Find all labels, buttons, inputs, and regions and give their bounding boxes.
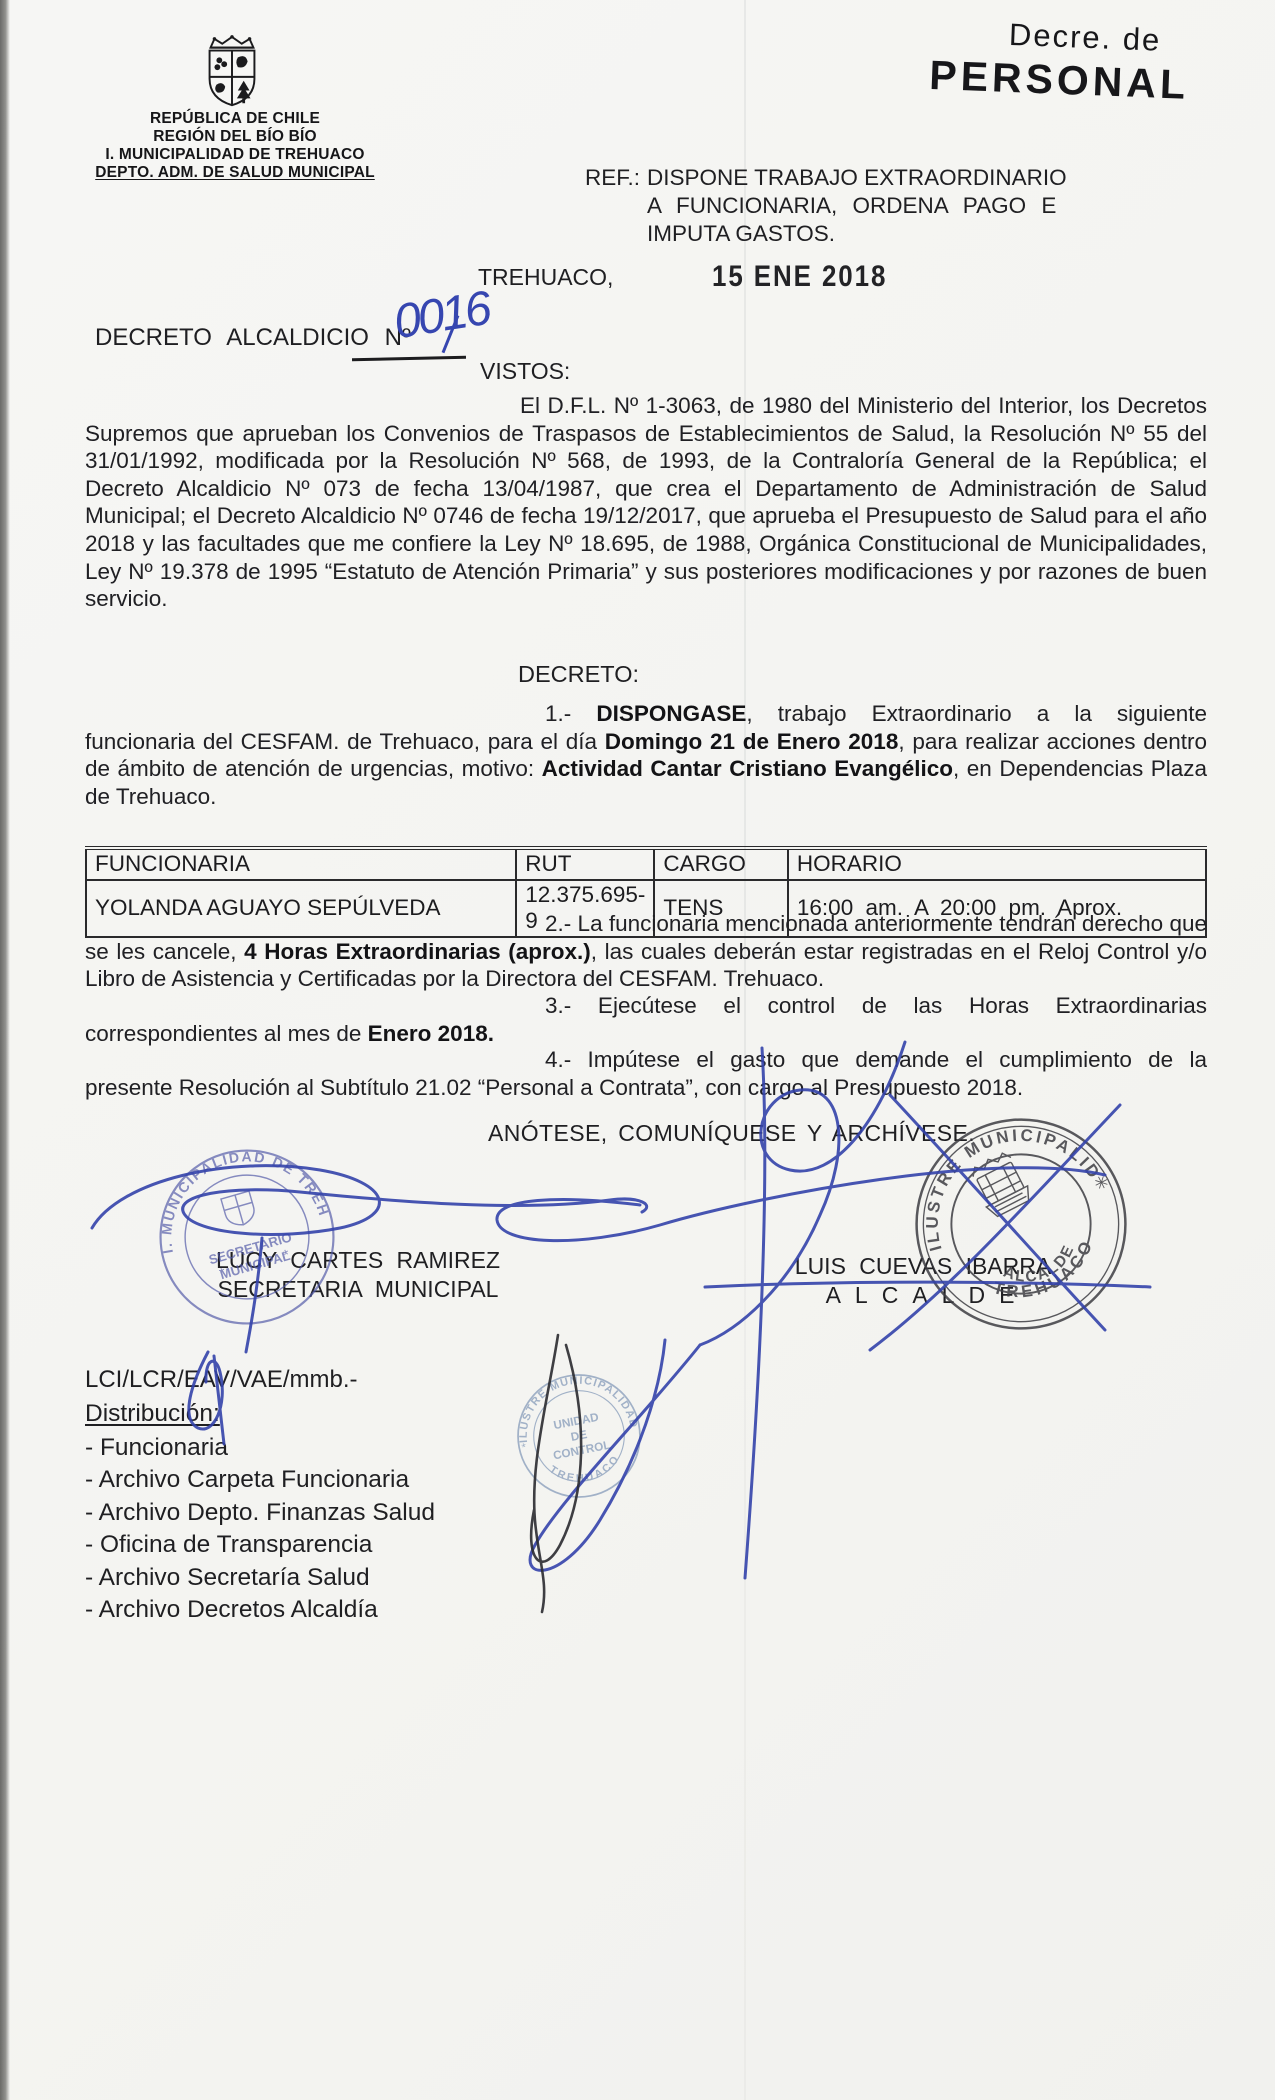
ref-line2: A FUNCIONARIA, ORDENA PAGO E: [647, 192, 1077, 220]
svg-text:I. MUNICIPALIDAD DE TREHUACO: I. MUNICIPALIDAD DE TREHUACO: [134, 1124, 332, 1265]
distribution-item: - Funcionaria: [85, 1432, 435, 1464]
svg-text:TREHUACO: TREHUACO: [545, 1451, 626, 1492]
signer-title-right: ALCALDE: [728, 1281, 1118, 1310]
closing-formula: ANÓTESE, COMUNÍQUESE Y ARCHÍVESE.: [488, 1120, 975, 1147]
letterhead-line4: DEPTO. ADM. DE SALUD MUNICIPAL: [60, 164, 410, 182]
signer-name-right: LUIS CUEVAS IBARRA: [728, 1252, 1118, 1281]
stamp-ring-text: I. MUNICIPALIDAD DE TREHUACO: [134, 1124, 332, 1265]
paper-fold-line-lower: [744, 1180, 746, 2100]
col-cargo: CARGO: [654, 848, 788, 880]
unidad-de-control-stamp: ILUSTRE MUNICIPALIDAD TREHUACO * * UNIDA…: [492, 1349, 666, 1523]
p2-bold-hours: 4 Horas Extraordinarias (aprox.): [244, 939, 591, 964]
stamp-ring-top: ILUSTRE MUNICIPALIDAD: [507, 1364, 640, 1451]
signer-title-left: SECRETARIA MUNICIPAL: [168, 1275, 548, 1304]
scanned-decree-page: REPÚBLICA DE CHILE REGIÓN DEL BÍO BÍO I.…: [0, 0, 1275, 2100]
letterhead-line3: I. MUNICIPALIDAD DE TREHUACO: [60, 146, 410, 164]
stamp-inner-line: UNIDAD: [553, 1411, 600, 1432]
distribution-item: - Oficina de Transparencia: [85, 1529, 435, 1561]
col-rut: RUT: [516, 848, 654, 880]
control-pen-stroke: [531, 1345, 581, 1562]
p1-text: 1.-: [545, 701, 596, 726]
scan-edge-artifact: [0, 0, 10, 2100]
stamp-inner-line: CONTROL: [552, 1439, 612, 1463]
vistos-heading: VISTOS:: [480, 358, 570, 385]
p1-bold: DISPONGASE: [596, 701, 746, 726]
decree-item-2: 2.- La funcionaria mencionada anteriorme…: [85, 910, 1207, 993]
decree-number-handwritten: 0016: [390, 281, 492, 350]
stamp-ring-bottom: TREHUACO: [545, 1451, 626, 1492]
dateline-city: TREHUACO,: [478, 264, 613, 291]
alcalde-stamp: ILUSTRE MUNICIPALIDAD TREHUACO ✳ ALCALDE: [865, 1068, 1177, 1380]
decree-item-3: 3.- Ejecútese el control de las Horas Ex…: [85, 992, 1207, 1047]
distribution-item: - Archivo Secretaría Salud: [85, 1562, 435, 1594]
ref-line1: DISPONE TRABAJO EXTRAORDINARIO: [647, 164, 1077, 192]
secretaria-municipal-stamp: I. MUNICIPALIDAD DE TREHUACO SECRETARIO …: [134, 1124, 359, 1349]
distribution-item: - Archivo Carpeta Funcionaria: [85, 1464, 435, 1496]
signature-secretaria-stroke: [92, 1166, 647, 1235]
letterhead-line1: REPÚBLICA DE CHILE: [60, 110, 410, 128]
stamp-star: *: [631, 1420, 638, 1433]
distribution-list: - Funcionaria - Archivo Carpeta Funciona…: [85, 1432, 435, 1626]
signature-block-alcalde: LUIS CUEVAS IBARRA ALCALDE: [728, 1252, 1118, 1310]
signature-alcalde-stroke: [497, 1168, 1105, 1241]
vistos-body: El D.F.L. Nº 1-3063, de 1980 del Ministe…: [85, 392, 1207, 613]
signer-name-left: LUCY CARTES RAMIREZ: [168, 1246, 548, 1275]
corner-classification-stamp: Decre. de PERSONAL: [928, 14, 1251, 111]
reference-block: REF.: DISPONE TRABAJO EXTRAORDINARIO A F…: [585, 164, 1077, 248]
distribution-item: - Archivo Depto. Finanzas Salud: [85, 1497, 435, 1529]
ref-label: REF.:: [585, 164, 640, 192]
distribution-item: - Archivo Decretos Alcaldía: [85, 1594, 435, 1626]
decree-number-underline: [352, 356, 466, 361]
letterhead: REPÚBLICA DE CHILE REGIÓN DEL BÍO BÍO I.…: [60, 110, 410, 182]
letterhead-line2: REGIÓN DEL BÍO BÍO: [60, 128, 410, 146]
distribution-label: Distribución:: [85, 1400, 220, 1428]
p3-text: 3.- Ejecútese el control de las Horas Ex…: [85, 993, 1207, 1046]
col-funcionaria: FUNCIONARIA: [86, 848, 516, 880]
p1-bold-date: Domingo 21 de Enero 2018: [605, 729, 899, 754]
table-header-row: FUNCIONARIA RUT CARGO HORARIO: [86, 848, 1206, 880]
corner-stamp-line2: PERSONAL: [928, 52, 1250, 111]
decree-number-label: DECRETO ALCALDICIO Nº: [95, 324, 411, 352]
col-horario: HORARIO: [788, 848, 1206, 880]
date-stamp: 15 ENE 2018: [712, 260, 887, 293]
svg-text:ILUSTRE MUNICIPALIDAD: ILUSTRE MUNICIPALIDAD: [507, 1364, 640, 1451]
stamp-star: ✳: [1090, 1171, 1112, 1195]
signature-block-secretaria: LUCY CARTES RAMIREZ SECRETARIA MUNICIPAL: [168, 1246, 548, 1304]
stamp-star: *: [521, 1442, 528, 1455]
decreto-heading: DECRETO:: [518, 661, 639, 688]
p1-bold-activity: Actividad Cantar Cristiano Evangélico: [542, 756, 953, 781]
control-pen-stroke: [534, 1335, 558, 1612]
decree-item-1: 1.- DISPONGASE, trabajo Extraordinario a…: [85, 700, 1207, 810]
stamp-inner-line: DE: [570, 1428, 589, 1444]
decree-item-4: 4.- Impútese el gasto que demande el cum…: [85, 1046, 1207, 1101]
ref-line3: IMPUTA GASTOS.: [647, 220, 1077, 248]
municipal-coat-of-arms-icon: [200, 34, 264, 112]
p3-bold-month: Enero 2018.: [368, 1021, 494, 1046]
p4-text: 4.- Impútese el gasto que demande el cum…: [85, 1047, 1207, 1100]
initials-line: LCI/LCR/EAV/VAE/mmb.-: [85, 1366, 358, 1394]
signature-alcalde-stroke: [530, 1340, 700, 1570]
